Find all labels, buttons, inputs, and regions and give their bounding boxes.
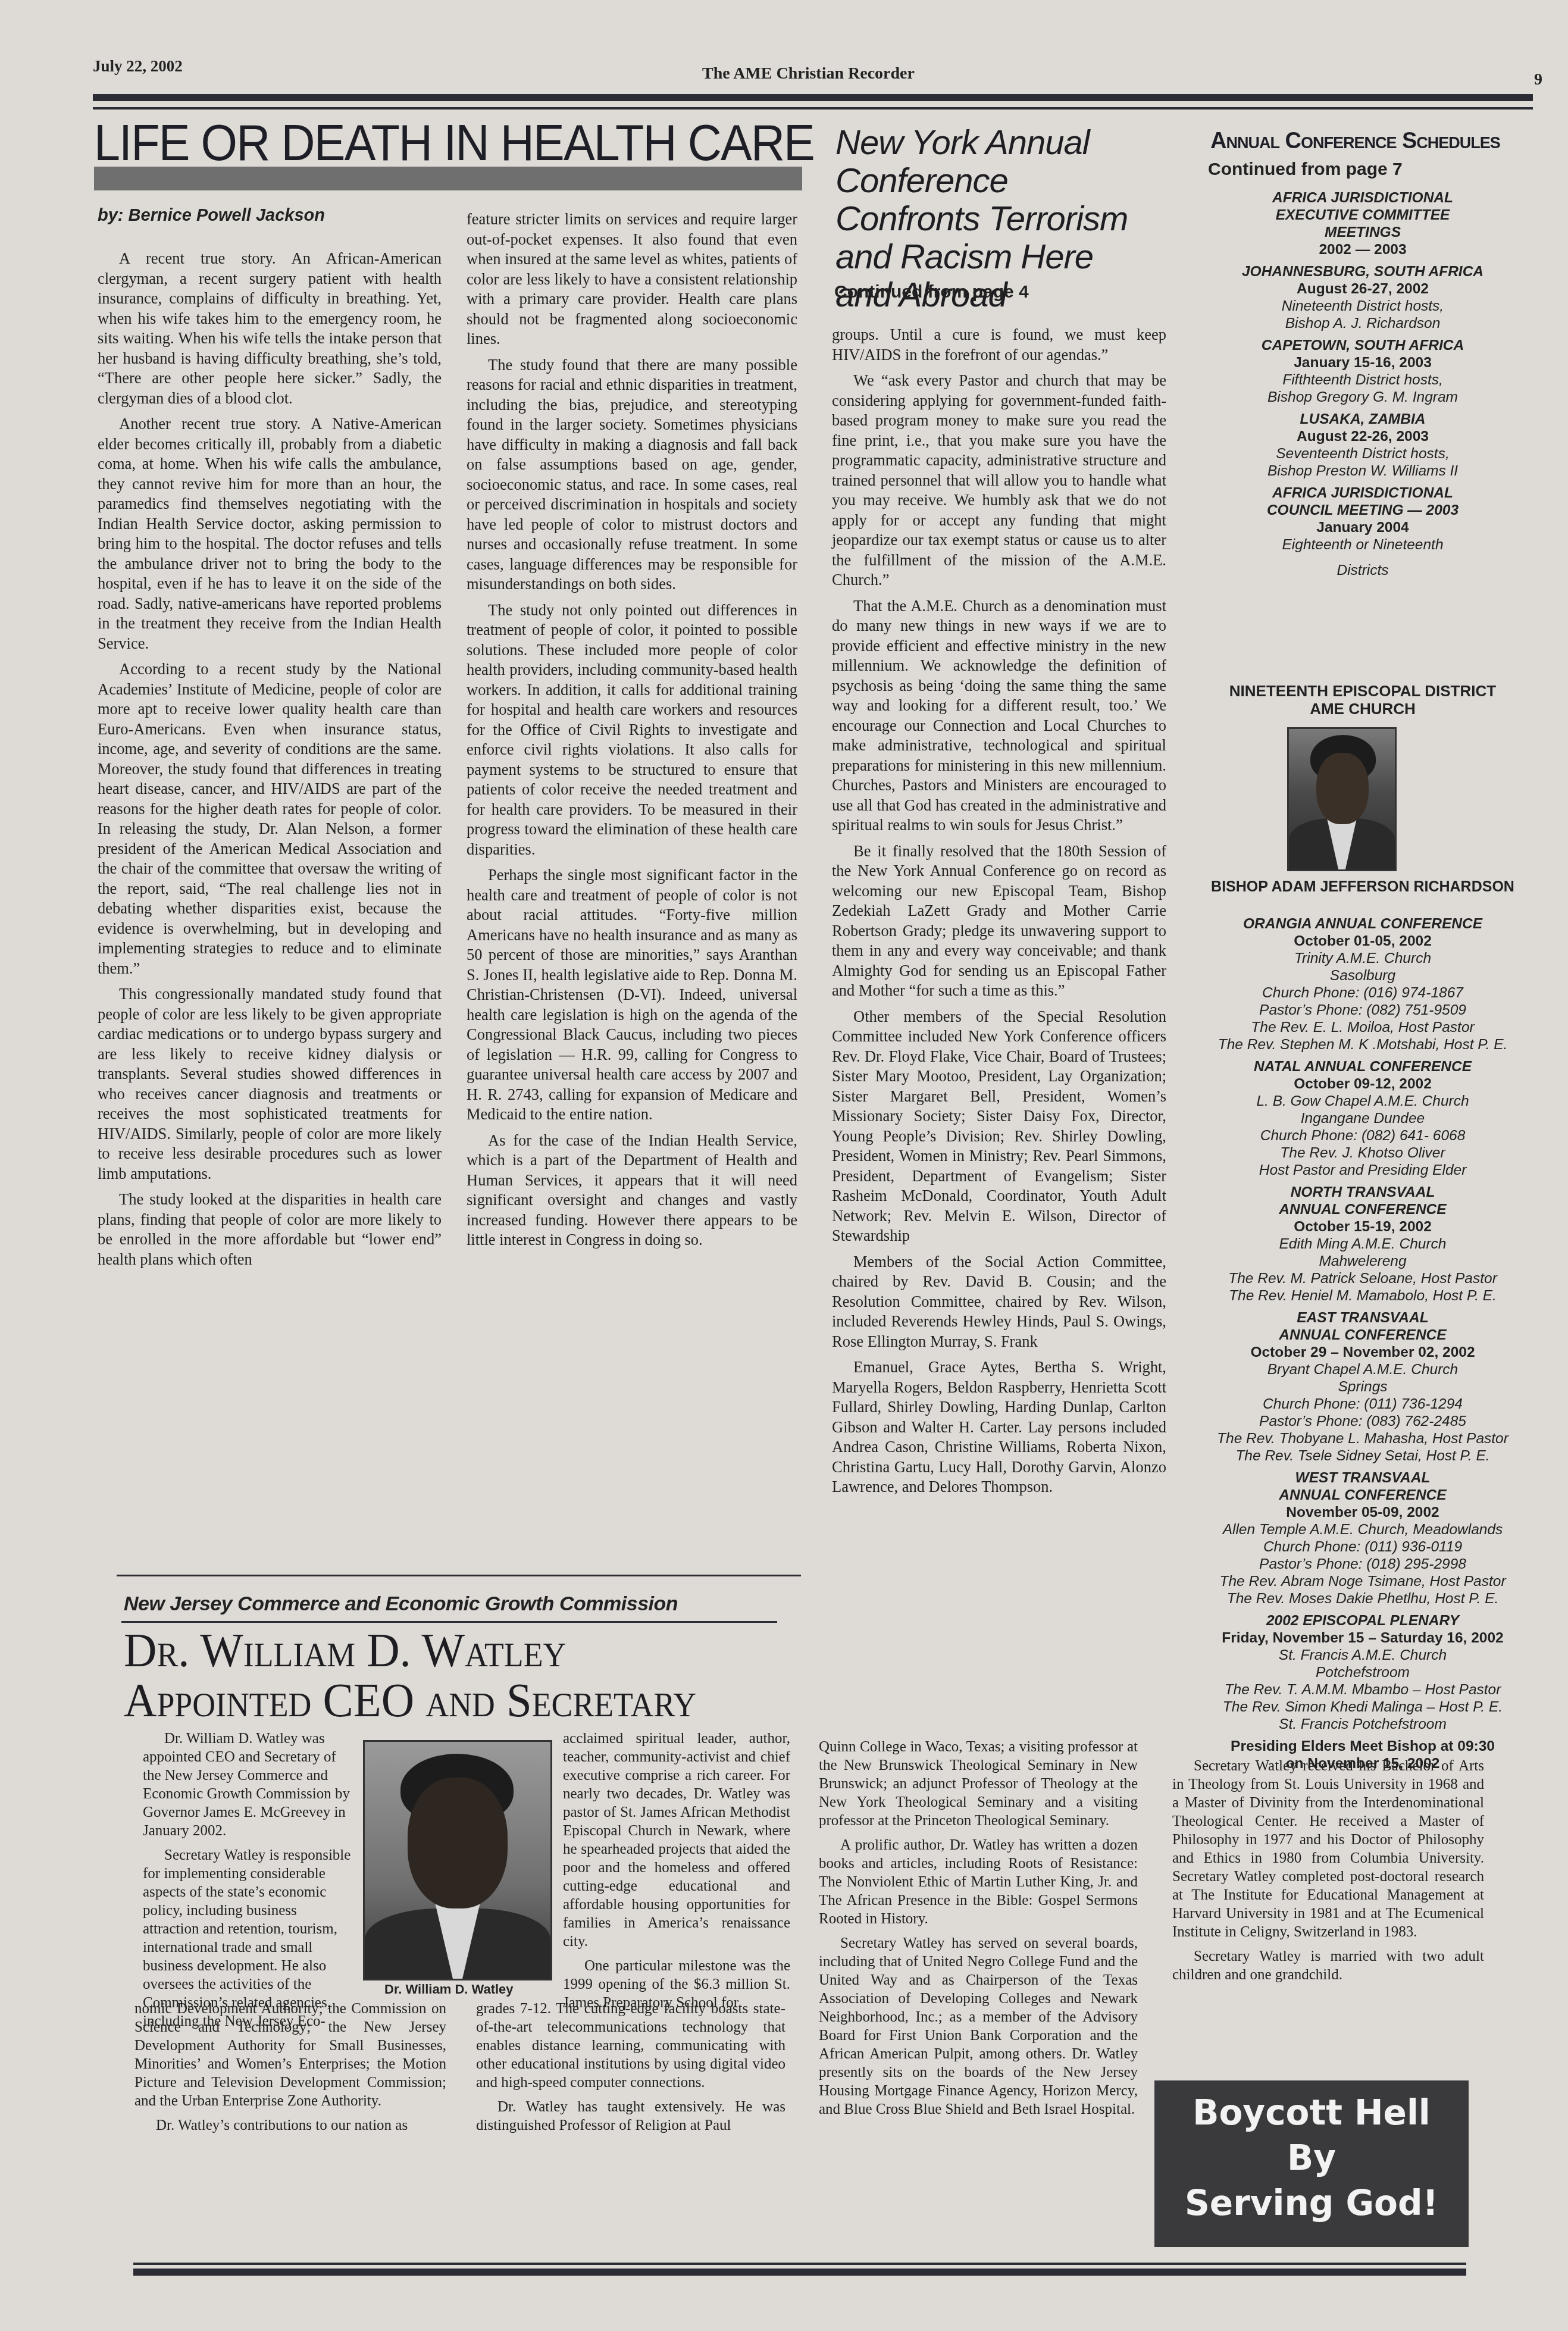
- conference-title: EAST TRANSVAAL: [1178, 1309, 1547, 1326]
- paragraph: grades 7-12. The cutting-edge facility b…: [476, 2000, 785, 2092]
- paragraph: Other members of the Special Resolution …: [832, 1007, 1166, 1246]
- bottom-rule-thin: [133, 2263, 1466, 2265]
- conference-date: October 29 – November 02, 2002: [1178, 1344, 1547, 1361]
- conference-title: 2002 EPISCOPAL PLENARY: [1178, 1612, 1547, 1629]
- watley-col1-top: Dr. William D. Watley was appointed CEO …: [143, 1729, 351, 2036]
- conference-line: The Rev. Abram Noge Tsimane, Host Pastor: [1178, 1573, 1547, 1590]
- schedules-title: Annual Conference Schedules: [1210, 129, 1500, 154]
- conference-line: The Rev. Stephen M. K .Motshabi, Host P.…: [1178, 1036, 1547, 1053]
- paragraph: A recent true story. An African-American…: [98, 249, 442, 408]
- watley-col2-top: acclaimed spiritual leader, author, teac…: [563, 1729, 790, 2018]
- paragraph: nomic Development Authority; the Commiss…: [134, 2000, 446, 2110]
- watley-headline: Dr. William D. Watley Appointed CEO and …: [124, 1626, 696, 1726]
- paragraph: Dr. Watley has taught extensively. He wa…: [476, 2098, 785, 2135]
- masthead-date: July 22, 2002: [93, 57, 183, 76]
- conference-line: St. Francis Potchefstroom: [1178, 1716, 1547, 1733]
- paragraph: Dr. Watley’s contributions to our nation…: [134, 2116, 446, 2135]
- conference-item: NORTH TRANSVAAL ANNUAL CONFERENCE Octobe…: [1178, 1184, 1547, 1304]
- conference-item: EAST TRANSVAAL ANNUAL CONFERENCE October…: [1178, 1309, 1547, 1465]
- ad-line: By: [1154, 2135, 1469, 2180]
- conference-line: The Rev. T. A.M.M. Mbambo – Host Pastor: [1178, 1681, 1547, 1698]
- watley-photo: [363, 1740, 552, 1980]
- council-title: AFRICA JURISDICTIONAL: [1184, 484, 1541, 502]
- footer-note-line: Presiding Elders Meet Bishop at 09:30: [1178, 1738, 1547, 1755]
- paragraph: Be it finally resolved that the 180th Se…: [832, 841, 1166, 1001]
- conference-line: Church Phone: (011) 936-0119: [1178, 1538, 1547, 1556]
- conference-line: The Rev. Heniel M. Mamabolo, Host P. E.: [1178, 1287, 1547, 1304]
- conference-date: October 01-05, 2002: [1178, 933, 1547, 950]
- conference-line: The Rev. Thobyane L. Mahasha, Host Pasto…: [1178, 1430, 1547, 1447]
- district-title-line: NINETEENTH EPISCOPAL DISTRICT: [1184, 682, 1541, 700]
- paragraph: The study found that there are many poss…: [467, 355, 797, 595]
- conference-title: WEST TRANSVAAL: [1178, 1469, 1547, 1487]
- schedules-continued: Continued from page 7: [1208, 159, 1403, 180]
- masthead-rule-bottom: [93, 107, 1533, 109]
- masthead-publication: The AME Christian Recorder: [702, 64, 915, 83]
- paragraph: As for the case of the Indian Health Ser…: [467, 1131, 797, 1250]
- meeting-date: August 22-26, 2003: [1184, 428, 1541, 445]
- meeting-item: JOHANNESBURG, SOUTH AFRICA August 26-27,…: [1184, 263, 1541, 332]
- meeting-host: Nineteenth District hosts,: [1184, 298, 1541, 315]
- conference-item: NATAL ANNUAL CONFERENCE October 09-12, 2…: [1178, 1058, 1547, 1179]
- district-title: NINETEENTH EPISCOPAL DISTRICT AME CHURCH: [1184, 682, 1541, 718]
- meeting-bishop: Bishop A. J. Richardson: [1184, 315, 1541, 332]
- headline-shade-bar: [94, 167, 802, 190]
- bottom-rule-thick: [133, 2269, 1466, 2276]
- conference-item: 2002 EPISCOPAL PLENARY Friday, November …: [1178, 1612, 1547, 1733]
- watley-col3: Quinn College in Waco, Texas; a visiting…: [819, 1738, 1138, 2125]
- conference-line: The Rev. E. L. Moiloa, Host Pastor: [1178, 1019, 1547, 1036]
- paragraph: Members of the Social Action Committee, …: [832, 1252, 1166, 1352]
- paragraph: Secretary Watley is married with two adu…: [1172, 1947, 1484, 1984]
- conference-line: Bryant Chapel A.M.E. Church: [1178, 1361, 1547, 1378]
- conference-title: ANNUAL CONFERENCE: [1178, 1326, 1547, 1344]
- paragraph: acclaimed spiritual leader, author, teac…: [563, 1729, 790, 1951]
- watley-top-rule: [117, 1575, 801, 1576]
- paragraph: The study looked at the disparities in h…: [98, 1190, 442, 1269]
- paragraph: Quinn College in Waco, Texas; a visiting…: [819, 1738, 1138, 1830]
- conference-line: Pastor’s Phone: (018) 295-2998: [1178, 1556, 1547, 1573]
- watley-col2-bottom: grades 7-12. The cutting-edge facility b…: [476, 2000, 785, 2141]
- conference-title: ORANGIA ANNUAL CONFERENCE: [1178, 915, 1547, 933]
- health-col1: A recent true story. An African-American…: [98, 249, 442, 1275]
- meeting-place: JOHANNESBURG, SOUTH AFRICA: [1184, 263, 1541, 280]
- paragraph: Perhaps the single most significant fact…: [467, 865, 797, 1125]
- paragraph: Dr. William D. Watley was appointed CEO …: [143, 1729, 351, 1840]
- conference-line: Church Phone: (082) 641- 6068: [1178, 1127, 1547, 1144]
- meeting-place: CAPETOWN, SOUTH AFRICA: [1184, 337, 1541, 354]
- watley-photo-caption: Dr. William D. Watley: [384, 1982, 514, 1997]
- conference-line: Mahwelereng: [1178, 1253, 1547, 1270]
- conference-date: Friday, November 15 – Saturday 16, 2002: [1178, 1629, 1547, 1647]
- council-meeting: AFRICA JURISDICTIONAL COUNCIL MEETING — …: [1184, 484, 1541, 579]
- bishop-caption: BISHOP ADAM JEFFERSON RICHARDSON: [1184, 878, 1541, 896]
- conference-line: L. B. Gow Chapel A.M.E. Church: [1178, 1093, 1547, 1110]
- paragraph: That the A.M.E. Church as a denomination…: [832, 596, 1166, 836]
- meeting-bishop: Bishop Preston W. Williams II: [1184, 462, 1541, 480]
- conference-date: October 09-12, 2002: [1178, 1075, 1547, 1093]
- ny-body: groups. Until a cure is found, we must k…: [832, 325, 1166, 1503]
- conference-line: Host Pastor and Presiding Elder: [1178, 1162, 1547, 1179]
- schedule-list: AFRICA JURISDICTIONAL EXECUTIVE COMMITTE…: [1184, 189, 1541, 584]
- conference-title: ANNUAL CONFERENCE: [1178, 1201, 1547, 1218]
- paragraph: A prolific author, Dr. Watley has writte…: [819, 1836, 1138, 1928]
- africa-exec-years: 2002 — 2003: [1184, 241, 1541, 258]
- district-title-line: AME CHURCH: [1184, 700, 1541, 718]
- conference-line: Pastor’s Phone: (083) 762-2485: [1178, 1413, 1547, 1430]
- watley-kicker-rule: [121, 1621, 777, 1623]
- health-col2: feature stricter limits on services and …: [467, 209, 797, 1256]
- council-host: Eighteenth or Nineteenth: [1184, 536, 1541, 553]
- watley-headline-line2: Appointed CEO and Secretary: [124, 1676, 696, 1726]
- paragraph: We “ask every Pastor and church that may…: [832, 371, 1166, 590]
- meeting-item: CAPETOWN, SOUTH AFRICA January 15-16, 20…: [1184, 337, 1541, 406]
- paragraph: Secretary Watley received his Bachelor o…: [1172, 1757, 1484, 1941]
- conference-line: Edith Ming A.M.E. Church: [1178, 1235, 1547, 1253]
- paragraph: The study not only pointed out differenc…: [467, 600, 797, 860]
- conference-line: Sasolburg: [1178, 967, 1547, 984]
- ad-box: Boycott Hell By Serving God!: [1154, 2080, 1469, 2247]
- conference-line: The Rev. Tsele Sidney Setai, Host P. E.: [1178, 1447, 1547, 1465]
- paragraph: Emanuel, Grace Aytes, Bertha S. Wright, …: [832, 1357, 1166, 1497]
- council-host: Districts: [1184, 562, 1541, 579]
- meeting-place: LUSAKA, ZAMBIA: [1184, 411, 1541, 428]
- paragraph: Another recent true story. A Native-Amer…: [98, 414, 442, 653]
- conference-title: NORTH TRANSVAAL: [1178, 1184, 1547, 1201]
- conference-line: Pastor’s Phone: (082) 751-9509: [1178, 1002, 1547, 1019]
- watley-col1-bottom: nomic Development Authority; the Commiss…: [134, 2000, 446, 2141]
- conference-line: The Rev. J. Khotso Oliver: [1178, 1144, 1547, 1162]
- conference-line: St. Francis A.M.E. Church: [1178, 1647, 1547, 1664]
- watley-headline-line1: Dr. William D. Watley: [124, 1626, 696, 1676]
- ad-line: Serving God!: [1154, 2180, 1469, 2226]
- ny-continued: Continued from page 4: [834, 282, 1029, 302]
- conference-line: The Rev. Moses Dakie Phetlhu, Host P. E.: [1178, 1590, 1547, 1607]
- meeting-host: Fifthteenth District hosts,: [1184, 371, 1541, 389]
- ad-line: Boycott Hell: [1154, 2090, 1469, 2135]
- masthead-rule-top: [93, 94, 1533, 101]
- council-title: COUNCIL MEETING — 2003: [1184, 502, 1541, 519]
- africa-exec-title-1: AFRICA JURISDICTIONAL: [1184, 189, 1541, 206]
- conference-title: ANNUAL CONFERENCE: [1178, 1487, 1547, 1504]
- watley-col4: Secretary Watley received his Bachelor o…: [1172, 1757, 1484, 1990]
- conference-date: November 05-09, 2002: [1178, 1504, 1547, 1521]
- paragraph: According to a recent study by the Natio…: [98, 659, 442, 978]
- conference-line: Ingangane Dundee: [1178, 1110, 1547, 1127]
- paragraph: groups. Until a cure is found, we must k…: [832, 325, 1166, 365]
- paragraph: Secretary Watley has served on several b…: [819, 1934, 1138, 2119]
- health-headline: LIFE OR DEATH IN HEALTH CARE: [94, 114, 814, 173]
- conference-line: Church Phone: (011) 736-1294: [1178, 1396, 1547, 1413]
- meeting-date: August 26-27, 2002: [1184, 280, 1541, 298]
- conference-line: Allen Temple A.M.E. Church, Meadowlands: [1178, 1521, 1547, 1538]
- paragraph: feature stricter limits on services and …: [467, 209, 797, 349]
- conference-line: Potchefstroom: [1178, 1664, 1547, 1681]
- conference-item: WEST TRANSVAAL ANNUAL CONFERENCE Novembe…: [1178, 1469, 1547, 1607]
- meeting-host: Seventeenth District hosts,: [1184, 445, 1541, 462]
- conference-line: The Rev. M. Patrick Seloane, Host Pastor: [1178, 1270, 1547, 1287]
- conference-line: Trinity A.M.E. Church: [1178, 950, 1547, 967]
- watley-kicker: New Jersey Commerce and Economic Growth …: [124, 1592, 678, 1616]
- conference-item: ORANGIA ANNUAL CONFERENCE October 01-05,…: [1178, 915, 1547, 1053]
- meeting-item: LUSAKA, ZAMBIA August 22-26, 2003 Sevent…: [1184, 411, 1541, 480]
- conference-date: October 15-19, 2002: [1178, 1218, 1547, 1235]
- conference-line: Church Phone: (016) 974-1867: [1178, 984, 1547, 1002]
- africa-exec-title-3: MEETINGS: [1184, 224, 1541, 241]
- paragraph: This congressionally mandated study foun…: [98, 984, 442, 1184]
- africa-exec-title-2: EXECUTIVE COMMITTEE: [1184, 206, 1541, 224]
- page-number: 9: [1534, 70, 1542, 89]
- meeting-bishop: Bishop Gregory G. M. Ingram: [1184, 389, 1541, 406]
- council-date: January 2004: [1184, 519, 1541, 536]
- meeting-date: January 15-16, 2003: [1184, 354, 1541, 371]
- conference-line: The Rev. Simon Khedi Malinga – Host P. E…: [1178, 1698, 1547, 1716]
- conference-line: Springs: [1178, 1378, 1547, 1396]
- health-byline: by: Bernice Powell Jackson: [98, 206, 325, 226]
- conference-title: NATAL ANNUAL CONFERENCE: [1178, 1058, 1547, 1075]
- conference-list: ORANGIA ANNUAL CONFERENCE October 01-05,…: [1178, 915, 1547, 1772]
- bishop-photo: [1287, 727, 1397, 871]
